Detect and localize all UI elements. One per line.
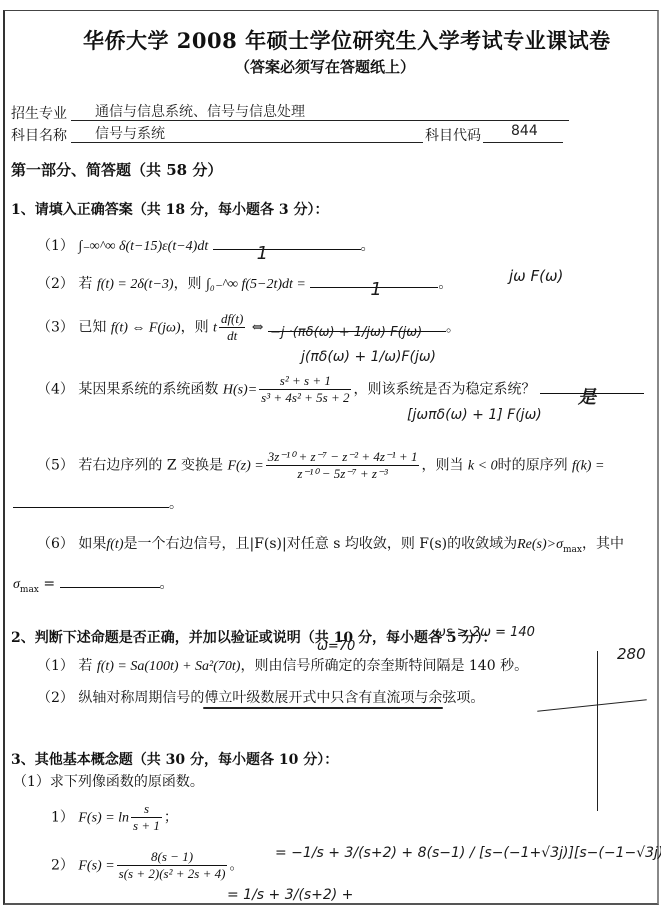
q1-6-answer-line: σmax = 。 — [13, 573, 174, 595]
handwritten-work: = −1/s + 3/(s+2) + 8(s−1) / [s−(−1+√3j)]… — [275, 845, 661, 861]
q1-item-6: （6） 如果f(t)是一个右边信号，且|F(s)|对任意 s 均收敛，则 F(s… — [37, 533, 624, 555]
q1-item-1: （1） ∫₋∞^∞ δ(t−15)ε(t−4)dt 1 。 — [37, 235, 375, 255]
answer-blank — [60, 587, 160, 588]
q1-1-expression: ∫₋∞^∞ δ(t−15)ε(t−4)dt — [78, 239, 208, 254]
q1-5-answer-line: 。 — [13, 493, 183, 513]
q3-sub1: （1）求下列像函数的原函数。 — [13, 771, 204, 791]
handwritten-arrow — [537, 699, 647, 711]
subject-label: 科目名称 — [11, 125, 67, 145]
handwritten-answer: 是 — [578, 383, 596, 409]
q3-heading: 3、其他基本概念题（共 30 分，每小题各 10 分）： — [11, 749, 338, 769]
q2-item-2: （2） 纵轴对称周期信号的傅立叶级数展开式中只含有直流项与余弦项。 — [37, 687, 484, 707]
exam-subtitle: （答案必须写在答题纸上） — [235, 56, 415, 77]
answer-blank: 1 — [310, 287, 438, 288]
exam-title: 华侨大学 2008 年硕士学位研究生入学考试专业课试卷 — [83, 25, 611, 55]
handwritten-note: [jωπδ(ω) + 1] F(jω) — [407, 407, 542, 423]
handwritten-answer: 1 — [370, 279, 381, 300]
major-value: 通信与信息系统、信号与信息处理 — [95, 101, 305, 121]
handwritten-note: ωs ≥ 2ω = 140 — [435, 625, 535, 640]
code-label: 科目代码 — [425, 125, 481, 145]
exam-page: 华侨大学 2008 年硕士学位研究生入学考试专业课试卷 （答案必须写在答题纸上）… — [3, 10, 659, 905]
handwritten-vertical-stroke — [597, 651, 598, 811]
q1-item-5: （5） 若右边序列的 Z 变换是 F(z) =3z⁻¹⁰ + z⁻⁷ − z⁻²… — [37, 449, 604, 482]
handwritten-note: jω F(ω) — [509, 267, 563, 285]
answer-blank — [13, 507, 169, 508]
answer-blank: −j ·(πδ(ω) + 1/jω) F(jω) — [268, 331, 446, 332]
handwritten-work: = 1/s + 3/(s+2) + — [227, 887, 353, 903]
handwritten-answer: −j ·(πδ(ω) + 1/jω) F(jω) — [270, 325, 422, 340]
part1-heading: 第一部分、简答题（共 58 分） — [11, 159, 222, 180]
handwritten-note: 280 — [617, 645, 646, 663]
q3-item-1: 1） F(s) = lnss + 1； — [51, 801, 178, 834]
handwritten-answer: 1 — [257, 243, 268, 264]
major-label: 招生专业 — [11, 103, 67, 123]
subject-value: 信号与系统 — [95, 123, 165, 143]
handwritten-note: j(πδ(ω) + 1/ω)F(jω) — [301, 349, 436, 365]
answer-blank: 1 — [213, 249, 361, 250]
q2-item-1: （1） 若 f(t) = Sa(100t) + Sa²(70t)，则由信号所确定… — [37, 655, 528, 675]
q1-item-3: （3） 已知 f(t) ⇔ F(jω)，则 tdf(t)dt ⇔ −j ·(πδ… — [37, 311, 460, 344]
handwritten-note: ω=70 — [317, 639, 355, 654]
q1-heading: 1、请填入正确答案（共 18 分，每小题各 3 分）： — [11, 199, 328, 219]
q1-item-4: （4） 某因果系统的系统函数 H(s)=s² + s + 1s³ + 4s² +… — [37, 373, 644, 406]
handwritten-underline — [203, 707, 443, 709]
q2-heading: 2、判断下述命题是否正确，并加以验证或说明（共 10 分，每小题各 5 分）： — [11, 627, 496, 647]
answer-blank: 是 — [540, 393, 644, 394]
q3-item-2: 2） F(s) =8(s − 1)s(s + 2)(s² + 2s + 4)。 — [51, 849, 243, 882]
code-value: 844 — [511, 123, 538, 139]
q1-item-2: （2） 若 f(t) = 2δ(t−3)，则 ∫₀₋^∞ f(5−2t)dt =… — [37, 273, 452, 293]
